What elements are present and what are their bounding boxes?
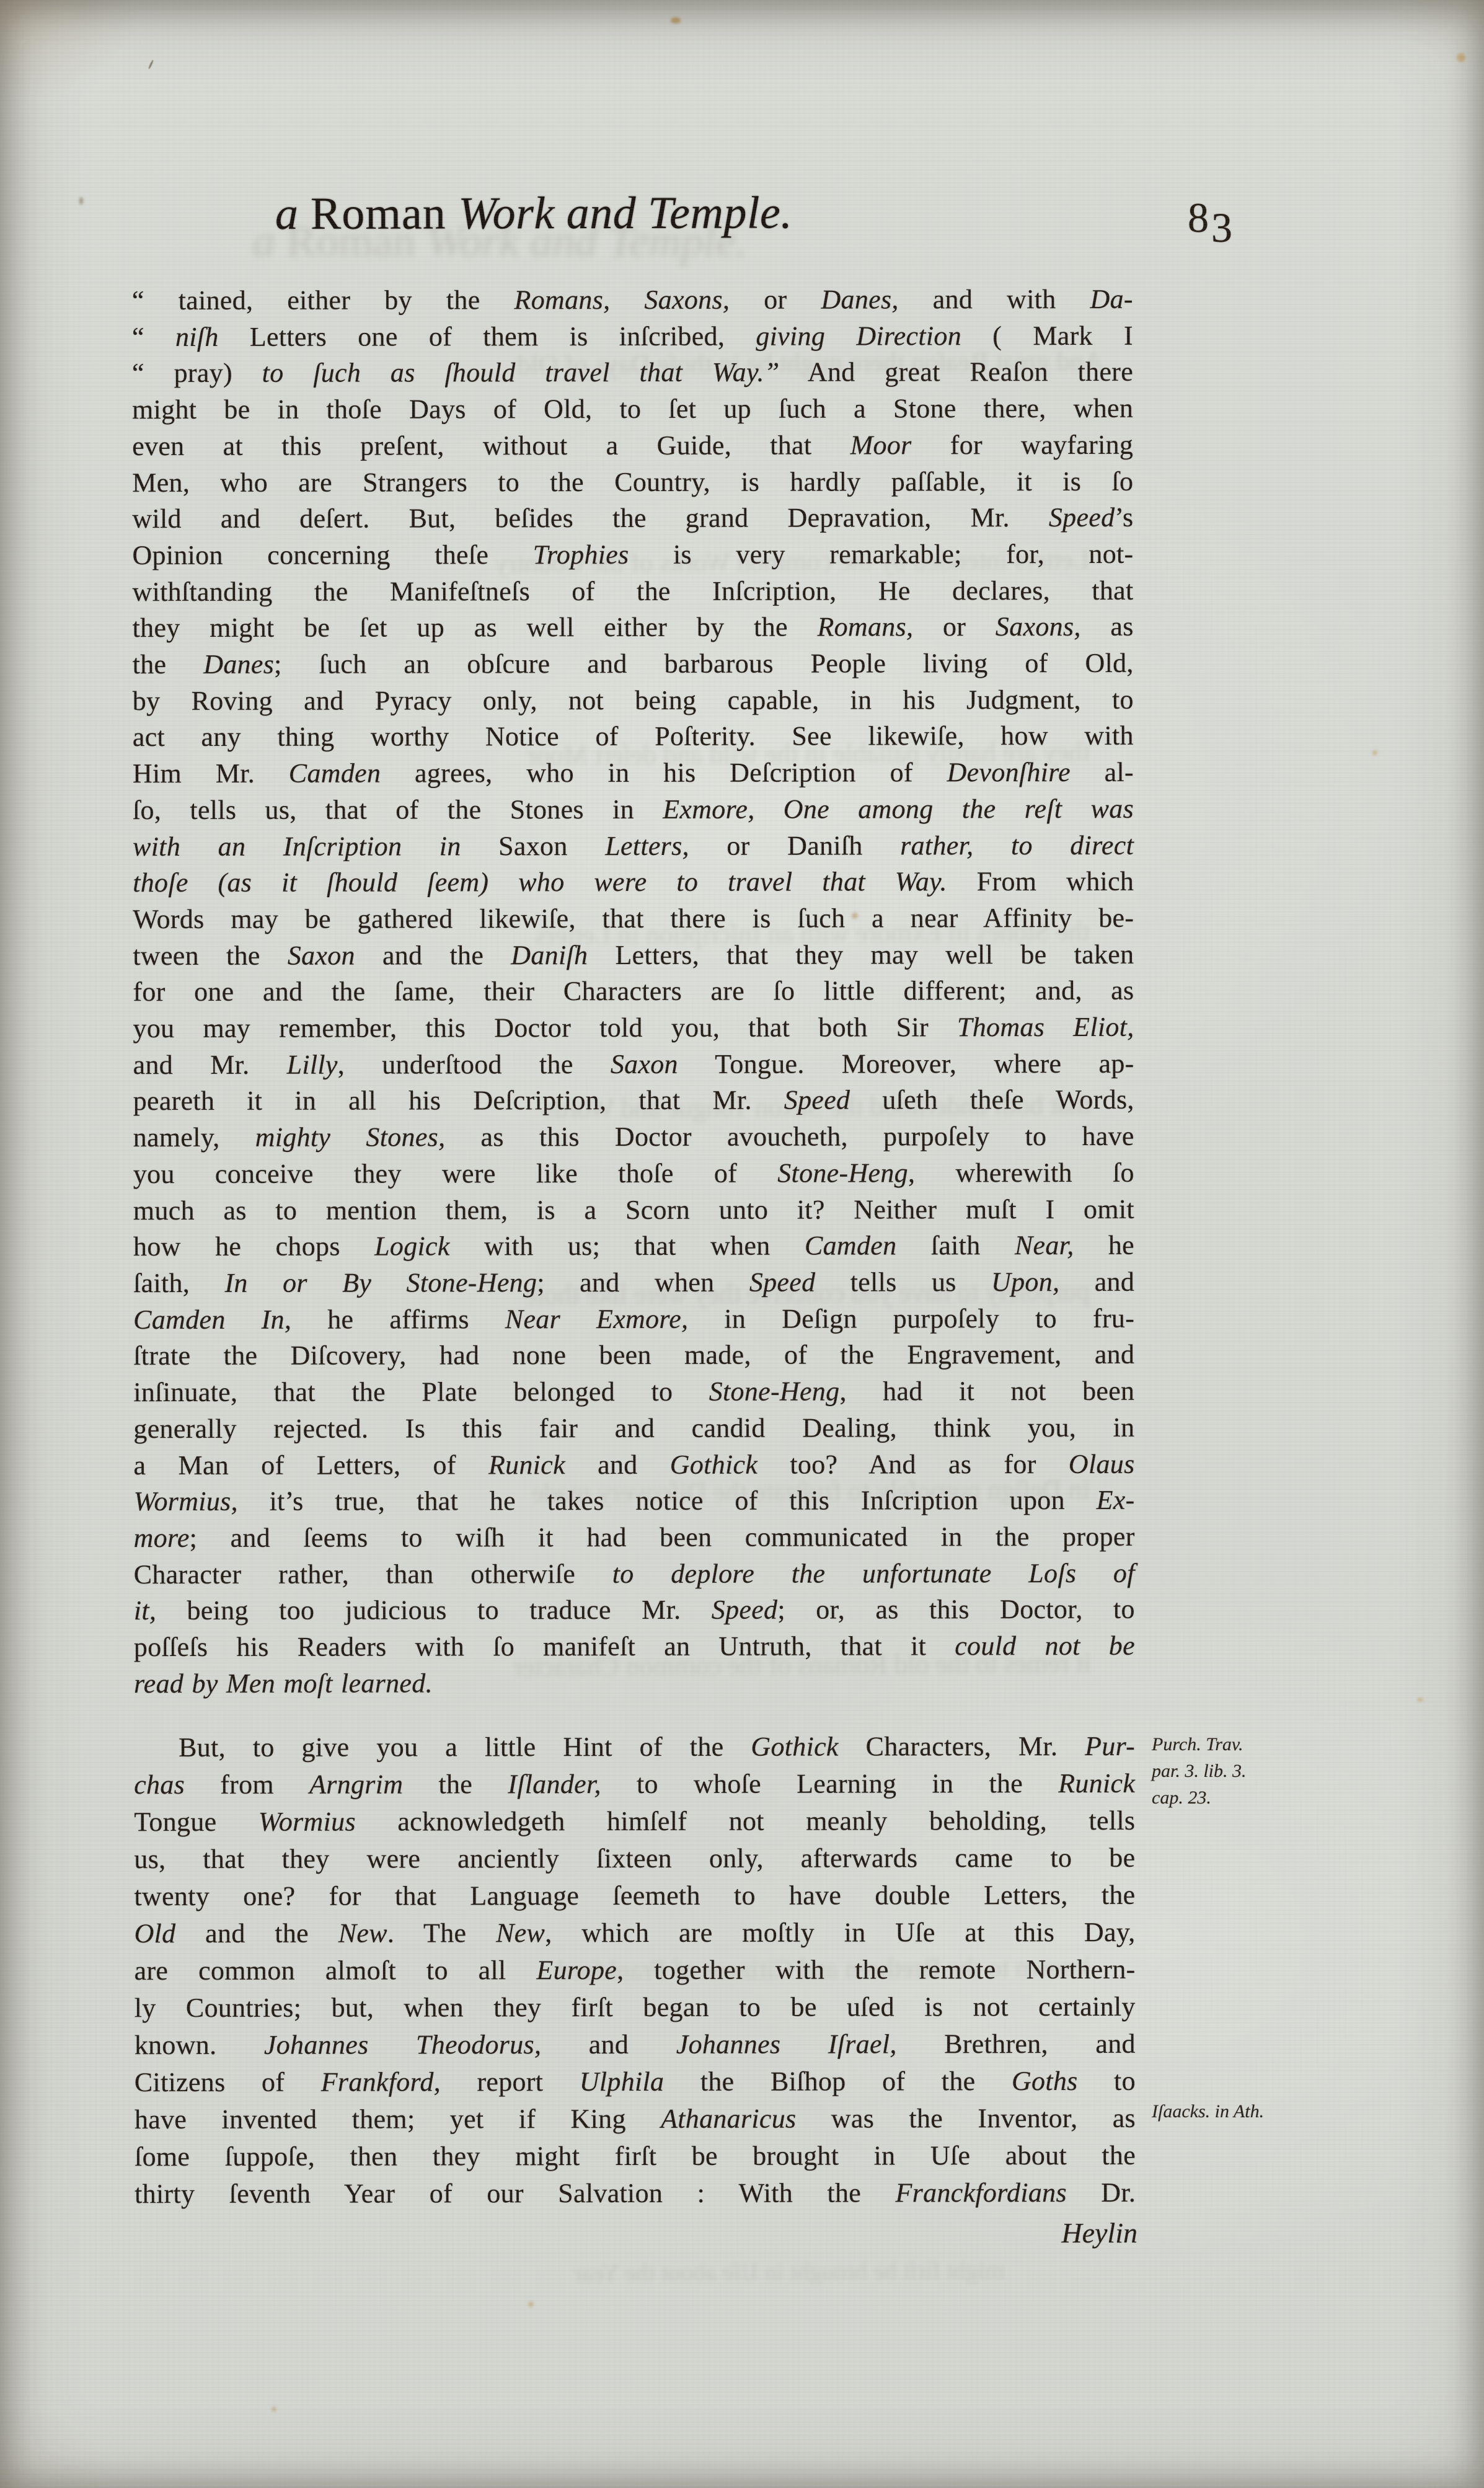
text-line: read by Men moſt learned. (134, 1665, 1135, 1702)
text-line: ſome ſuppoſe, then they might firſt be b… (135, 2137, 1136, 2176)
page-number-digit: 3 (1211, 203, 1235, 252)
foxing-spot (1457, 53, 1465, 62)
text-line: generally rejected. Is this fair and can… (133, 1410, 1134, 1448)
text-line: namely, mighty Stones, as this Doctor av… (133, 1118, 1134, 1156)
book-page-scan: And great Reaſon there might be in thoſe… (0, 0, 1484, 2488)
text-line: poſſeſs his Readers with ſo manifeſt an … (134, 1628, 1135, 1666)
text-line: wild and deſert. But, beſides the grand … (132, 500, 1133, 538)
text-line: act any thing worthy Notice of Poſterity… (133, 718, 1134, 756)
margin-note-line: Purch. Trav. (1152, 1731, 1356, 1758)
text-line: Citizens of Frankford, report Ulphila th… (135, 2063, 1136, 2101)
text-line: “ pray) to ſuch as ſhould travel that Wa… (132, 354, 1133, 392)
text-line: for one and the ſame, their Characters a… (133, 973, 1134, 1011)
text-line: the Danes; ſuch an obſcure and barbarous… (133, 645, 1134, 683)
catchword: Heylin (133, 2215, 1137, 2252)
text-line: Opinion concerning theſe Trophies is ver… (132, 536, 1133, 574)
text-line: chas from Arngrim the Iſlander, to whoſe… (134, 1765, 1135, 1804)
text-line: peareth it in all his Deſcription, that … (133, 1082, 1134, 1120)
text-line: But, to give you a little Hint of the Go… (134, 1728, 1135, 1766)
text-line: known. Johannes Theodorus, and Johannes … (135, 2025, 1136, 2064)
text-line: Words may be gathered likewiſe, that the… (133, 900, 1134, 938)
margin-note-citation-purchas: Purch. Trav.par. 3. lib. 3.cap. 23. (1152, 1731, 1356, 1811)
foxing-spot (1372, 750, 1377, 755)
paper-scratch (148, 60, 154, 69)
text-line: a Man of Letters, of Runick and Gothick … (133, 1446, 1134, 1484)
margin-note-line: par. 3. lib. 3. (1152, 1758, 1356, 1784)
show-through-text: might firſt be brought in Uſe about the … (260, 2256, 1004, 2290)
text-line: inſinuate, that the Plate belonged to St… (133, 1373, 1134, 1411)
text-line: are common almoſt to all Europe, togethe… (135, 1951, 1136, 1990)
margin-note-citation-isaacks: Iſaacks. in Ath. (1152, 2098, 1356, 2125)
text-line: “ niſh Letters one of them is inſcribed,… (132, 318, 1133, 356)
text-line: how he chops Logick with us; that when C… (133, 1228, 1134, 1265)
text-line: ſo, tells us, that of the Stones in Exmo… (133, 791, 1134, 829)
text-line: us, that they were anciently ſixteen onl… (134, 1839, 1135, 1878)
text-line: have invented them; yet if King Athanari… (135, 2100, 1136, 2138)
text-line: tween the Saxon and the Daniſh Letters, … (133, 937, 1134, 975)
text-line: Old and the New. The New, which are moſt… (135, 1914, 1136, 1952)
text-block: “ tained, either by the Romans, Saxons, … (132, 281, 1136, 2213)
text-line: even at this preſent, without a Guide, t… (132, 427, 1133, 465)
text-line: ſtrate the Diſcovery, had none been made… (133, 1337, 1134, 1375)
text-line: Men, who are Strangers to the Country, i… (132, 463, 1133, 501)
text-line: with an Inſcription in Saxon Letters, or… (133, 827, 1134, 865)
foxing-spot (272, 2407, 276, 2412)
text-line: they might be ſet up as well either by t… (133, 609, 1134, 647)
page-number: 83 (1188, 193, 1235, 242)
foxing-spot (671, 17, 681, 24)
text-line: ly Countries; but, when they firſt began… (135, 1988, 1136, 2027)
text-line: might be in thoſe Days of Old, to ſet up… (132, 391, 1133, 428)
text-line: it, being too judicious to traduce Mr. S… (134, 1592, 1135, 1629)
text-line: much as to mention them, is a Scorn unto… (133, 1191, 1134, 1229)
paragraph: “ tained, either by the Romans, Saxons, … (132, 281, 1135, 1702)
text-line: twenty one? for that Language ſeemeth to… (134, 1877, 1135, 1915)
text-line: ſaith, In or By Stone-Heng; and when Spe… (133, 1264, 1134, 1302)
foxing-spot (1417, 1698, 1423, 1702)
margin-note-line: cap. 23. (1152, 1784, 1356, 1811)
text-line: Wormius, it’s true, that he takes notice… (134, 1482, 1135, 1520)
text-line: by Roving and Pyracy only, not being cap… (133, 682, 1134, 720)
text-line: thirty ſeventh Year of our Salvation : W… (135, 2174, 1136, 2213)
margin-note-line: Iſaacks. in Ath. (1152, 2098, 1356, 2125)
text-line: more; and ſeems to wiſh it had been comm… (134, 1519, 1135, 1557)
text-line: withſtanding the Manifeſtneſs of the Inſ… (132, 572, 1133, 610)
text-line: and Mr. Lilly, underſtood the Saxon Tong… (133, 1046, 1134, 1084)
text-line: you conceive they were like thoſe of Sto… (133, 1155, 1134, 1193)
text-line: Character rather, than otherwiſe to depl… (134, 1555, 1135, 1593)
text-line: Camden In, he affirms Near Exmore, in De… (133, 1301, 1134, 1339)
text-line: thoſe (as it ſhould ſeem) who were to tr… (133, 864, 1134, 901)
text-line: you may remember, this Doctor told you, … (133, 1009, 1134, 1047)
text-line: “ tained, either by the Romans, Saxons, … (132, 281, 1133, 319)
paragraph: But, to give you a little Hint of the Go… (134, 1728, 1136, 2213)
foxing-spot (528, 2301, 534, 2307)
text-line: Tongue Wormius acknowledgeth himſelf not… (134, 1802, 1135, 1841)
ink-speck (79, 197, 83, 205)
running-title: a Roman Work and Temple. (275, 187, 957, 241)
text-line: Him Mr. Camden agrees, who in his Deſcri… (133, 755, 1134, 792)
page-number-digit: 8 (1188, 193, 1211, 242)
